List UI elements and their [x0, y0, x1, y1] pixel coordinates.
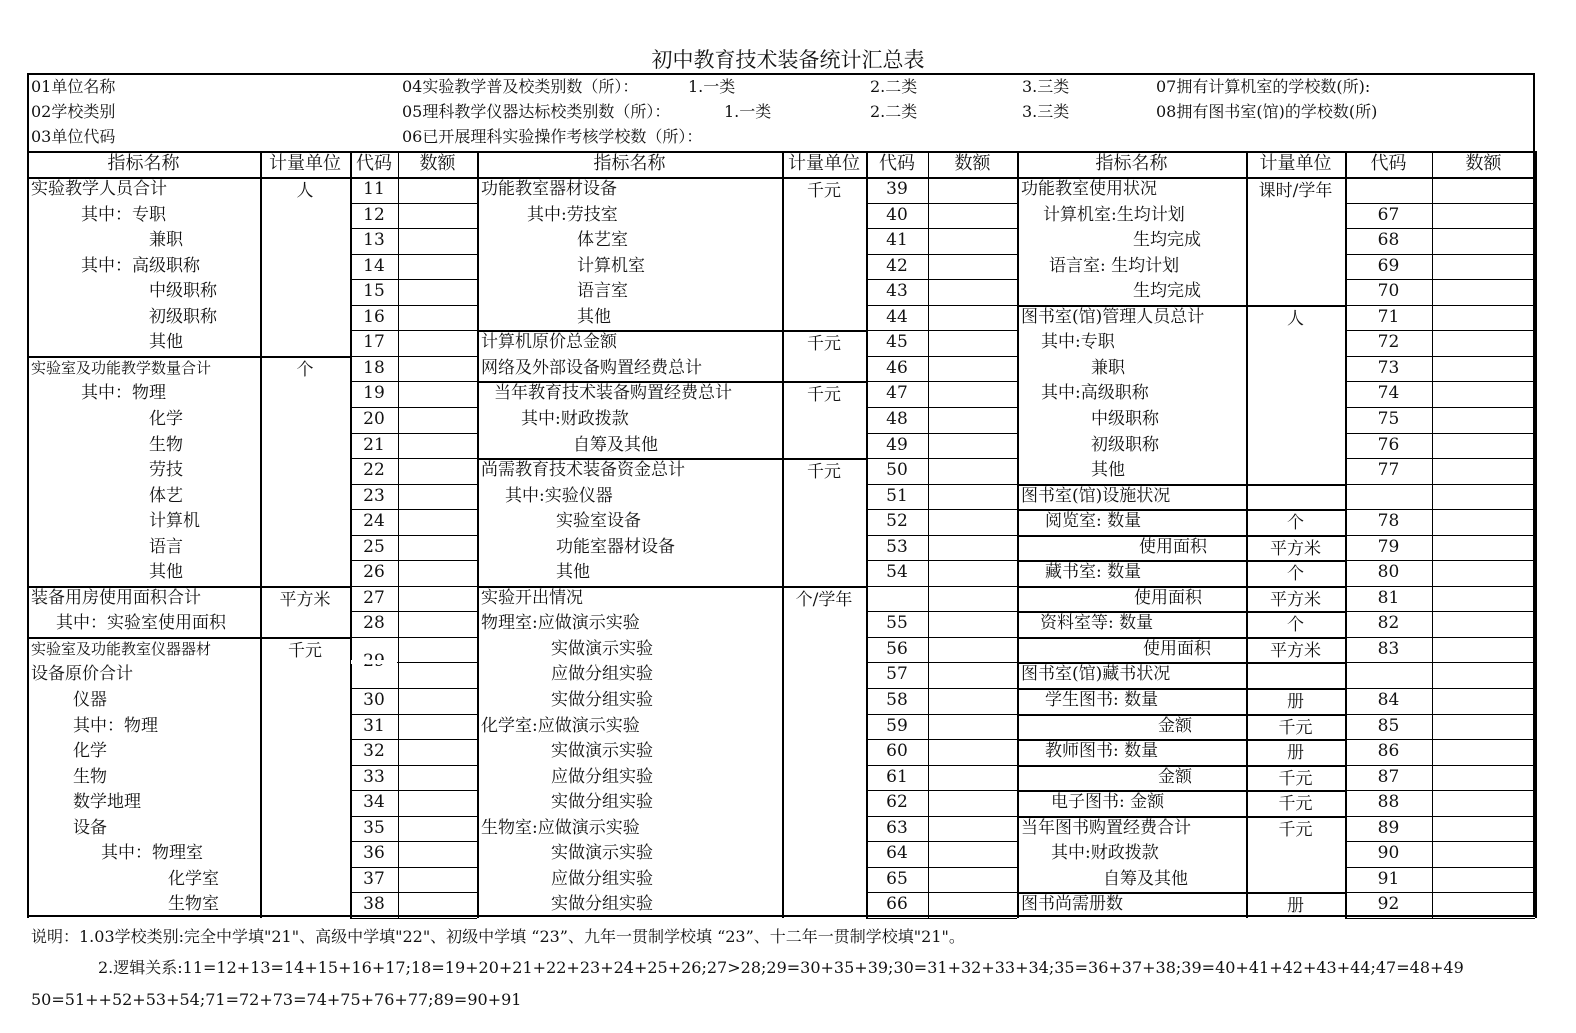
indicator-name: 其中：物理 — [73, 714, 158, 739]
indicator-name: 装备用房使用面积合计 — [31, 586, 201, 611]
indicator-name: 电子图书: 金额 — [1051, 790, 1164, 815]
indicator-code: 58 — [866, 688, 928, 713]
indicator-name: 计算机室:生均计划 — [1043, 203, 1185, 228]
indicator-name: 实做演示实验 — [551, 637, 653, 662]
indicator-code: 39 — [866, 177, 928, 202]
amount-input-cell[interactable] — [929, 229, 1016, 253]
amount-input-cell[interactable] — [399, 178, 476, 202]
indicator-name: 当年图书购置经费合计 — [1021, 816, 1191, 841]
indicator-name: 使用面积 — [1139, 535, 1207, 560]
section-rule — [1017, 790, 1345, 792]
indicator-name: 其中:专职 — [1041, 330, 1115, 355]
amount-input-cell[interactable] — [1433, 612, 1534, 636]
amount-input-cell[interactable] — [399, 408, 476, 432]
indicator-name: 功能教室使用状况 — [1021, 177, 1157, 202]
indicator-name: 化学室:应做演示实验 — [481, 714, 640, 739]
indicator-name: 语言室 — [577, 279, 628, 304]
section-rule — [1017, 739, 1345, 741]
column-rule — [1535, 151, 1537, 918]
header-name: 指标名称 — [1017, 151, 1246, 177]
header-unit: 计量单位 — [782, 151, 866, 177]
indicator-code: 38 — [350, 892, 398, 917]
indicator-code: 34 — [350, 790, 398, 815]
amount-input-cell[interactable] — [399, 485, 476, 509]
section-rule — [1017, 892, 1345, 894]
indicator-name: 劳技 — [149, 458, 183, 483]
merged-code-mask — [351, 660, 397, 664]
amount-input-cell[interactable] — [399, 204, 476, 228]
amount-input-cell[interactable] — [1433, 817, 1534, 841]
amount-input-cell[interactable] — [399, 229, 476, 253]
indicator-name: 体艺 — [149, 484, 183, 509]
indicator-name: 体艺室 — [577, 228, 628, 253]
amount-input-cell[interactable] — [929, 791, 1016, 815]
row-rule — [1345, 918, 1535, 919]
header-unit: 计量单位 — [1246, 151, 1345, 177]
indicator-code: 70 — [1345, 279, 1432, 304]
column-rule — [782, 151, 784, 918]
section-rule — [477, 458, 866, 460]
amount-input-cell[interactable] — [399, 663, 476, 687]
indicator-code: 91 — [1345, 867, 1432, 892]
unit-label: 平方米 — [260, 588, 350, 613]
amount-input-cell[interactable] — [1433, 408, 1534, 432]
indicator-name: 计算机 — [149, 509, 200, 534]
amount-input-cell[interactable] — [1433, 893, 1534, 917]
indicator-code: 54 — [866, 560, 928, 585]
section-rule — [1017, 484, 1345, 486]
header-amount: 数额 — [398, 151, 477, 177]
indicator-name: 金额 — [1158, 765, 1192, 790]
indicator-code: 57 — [866, 662, 928, 687]
amount-input-cell[interactable] — [1433, 434, 1534, 458]
indicator-name: 应做分组实验 — [551, 765, 653, 790]
indicator-name: 功能教室器材设备 — [481, 177, 617, 202]
indicator-name: 实做分组实验 — [551, 688, 653, 713]
row05-class3: 3.三类 — [1022, 99, 1069, 124]
indicator-name: 仪器 — [73, 688, 107, 713]
amount-input-cell[interactable] — [929, 561, 1016, 585]
indicator-name: 功能室器材设备 — [556, 535, 675, 560]
indicator-name: 实做演示实验 — [551, 841, 653, 866]
indicator-name: 初级职称 — [1091, 433, 1159, 458]
indicator-name: 兼职 — [149, 228, 183, 253]
header-name: 指标名称 — [27, 151, 260, 177]
amount-input-cell[interactable] — [399, 587, 476, 611]
amount-input-cell[interactable] — [399, 561, 476, 585]
indicator-name: 自筹及其他 — [573, 433, 658, 458]
indicator-code: 12 — [350, 203, 398, 228]
indicator-name: 中级职称 — [149, 279, 217, 304]
indicator-code: 18 — [350, 356, 398, 381]
amount-input-cell[interactable] — [399, 766, 476, 790]
amount-input-cell[interactable] — [929, 459, 1016, 483]
amount-input-cell[interactable] — [929, 766, 1016, 790]
indicator-code: 42 — [866, 254, 928, 279]
amount-input-cell[interactable] — [399, 280, 476, 304]
unit-label: 册 — [1246, 741, 1345, 766]
indicator-name: 生物 — [73, 765, 107, 790]
indicator-code: 85 — [1345, 714, 1432, 739]
indicator-name: 实验室及功能教学数量合计 — [31, 356, 211, 381]
section-rule — [27, 586, 350, 588]
amount-input-cell[interactable] — [1433, 357, 1534, 381]
note-line-3: 50=51++52+53+54;71=72+73=74+75+76+77;89=… — [31, 990, 521, 1010]
column-rule — [477, 151, 479, 918]
amount-input-cell[interactable] — [399, 638, 476, 662]
indicator-code: 60 — [866, 739, 928, 764]
unit-label: 千元 — [782, 179, 866, 204]
indicator-name: 其中:财政拨款 — [1051, 841, 1159, 866]
indicator-name: 化学室 — [168, 867, 219, 892]
amount-input-cell[interactable] — [929, 893, 1016, 917]
amount-input-cell[interactable] — [929, 612, 1016, 636]
amount-input-cell[interactable] — [929, 842, 1016, 866]
amount-input-cell[interactable] — [929, 663, 1016, 687]
header-amount: 数额 — [928, 151, 1017, 177]
indicator-code: 71 — [1345, 305, 1432, 330]
amount-input-cell[interactable] — [399, 510, 476, 534]
indicator-code: 56 — [866, 637, 928, 662]
section-rule — [477, 586, 866, 588]
unit-label: 千元 — [1246, 818, 1345, 843]
indicator-code: 67 — [1345, 203, 1432, 228]
indicator-code: 27 — [350, 586, 398, 611]
indicator-code: 40 — [866, 203, 928, 228]
unit-label: 册 — [1246, 690, 1345, 715]
amount-input-cell[interactable] — [1433, 178, 1534, 202]
amount-input-cell[interactable] — [929, 510, 1016, 534]
amount-input-cell[interactable] — [929, 485, 1016, 509]
section-rule — [1017, 560, 1345, 562]
amount-input-cell[interactable] — [1433, 331, 1534, 355]
unit-label: 人 — [260, 179, 350, 204]
amount-input-cell[interactable] — [399, 817, 476, 841]
amount-input-cell[interactable] — [1433, 459, 1534, 483]
amount-input-cell[interactable] — [929, 536, 1016, 560]
unit-label: 千元 — [782, 460, 866, 485]
unit-label: 个/学年 — [782, 588, 866, 613]
indicator-code: 14 — [350, 254, 398, 279]
indicator-name: 其中:劳技室 — [527, 203, 618, 228]
amount-input-cell[interactable] — [929, 638, 1016, 662]
row04-label: 04实验教学普及校类别数（所）： — [402, 74, 638, 99]
indicator-code: 19 — [350, 381, 398, 406]
indicator-name: 实做分组实验 — [551, 892, 653, 917]
indicator-name: 使用面积 — [1134, 586, 1202, 611]
indicator-code: 89 — [1345, 816, 1432, 841]
indicator-name: 实验开出情况 — [481, 586, 583, 611]
indicator-code: 31 — [350, 714, 398, 739]
indicator-code: 13 — [350, 228, 398, 253]
indicator-code: 25 — [350, 535, 398, 560]
indicator-name: 实验教学人员合计 — [31, 177, 167, 202]
page-title: 初中教育技术装备统计汇总表 — [0, 44, 1576, 74]
indicator-code: 81 — [1345, 586, 1432, 611]
amount-input-cell[interactable] — [399, 382, 476, 406]
indicator-code: 33 — [350, 765, 398, 790]
indicator-code: 80 — [1345, 560, 1432, 585]
row05-class2: 2.二类 — [870, 99, 917, 124]
amount-input-cell[interactable] — [1433, 587, 1534, 611]
amount-input-cell[interactable] — [1433, 561, 1534, 585]
indicator-name: 教师图书: 数量 — [1045, 739, 1158, 764]
unit-label: 平方米 — [1246, 639, 1345, 664]
unit-label: 千元 — [782, 383, 866, 408]
unit-label: 平方米 — [1246, 537, 1345, 562]
indicator-code: 69 — [1345, 254, 1432, 279]
amount-input-cell[interactable] — [929, 306, 1016, 330]
amount-input-cell[interactable] — [1433, 740, 1534, 764]
indicator-code: 17 — [350, 330, 398, 355]
indicator-name: 化学 — [149, 407, 183, 432]
indicator-code: 73 — [1345, 356, 1432, 381]
row04-class3: 3.三类 — [1022, 74, 1069, 99]
indicator-code: 48 — [866, 407, 928, 432]
indicator-code: 62 — [866, 790, 928, 815]
amount-input-cell[interactable] — [1433, 663, 1534, 687]
indicator-code: 51 — [866, 484, 928, 509]
indicator-code: 37 — [350, 867, 398, 892]
indicator-name: 生物室 — [168, 892, 219, 917]
indicator-name: 应做分组实验 — [551, 867, 653, 892]
amount-input-cell[interactable] — [399, 842, 476, 866]
indicator-code: 30 — [350, 688, 398, 713]
unit-label: 册 — [1246, 894, 1345, 919]
amount-input-cell[interactable] — [1433, 306, 1534, 330]
indicator-name: 数学地理 — [73, 790, 141, 815]
indicator-name: 中级职称 — [1091, 407, 1159, 432]
indicator-code: 26 — [350, 560, 398, 585]
indicator-code: 20 — [350, 407, 398, 432]
amount-input-cell[interactable] — [929, 204, 1016, 228]
amount-input-cell[interactable] — [399, 868, 476, 892]
amount-input-cell[interactable] — [399, 893, 476, 917]
indicator-name: 语言 — [149, 535, 183, 560]
indicator-code: 22 — [350, 458, 398, 483]
indicator-code: 65 — [866, 867, 928, 892]
indicator-name: 图书尚需册数 — [1021, 892, 1123, 917]
section-rule — [477, 381, 866, 383]
note-line-2: 2.逻辑关系:11=12+13=14+15+16+17;18=19+20+21+… — [98, 958, 1464, 978]
indicator-code: 55 — [866, 611, 928, 636]
amount-input-cell[interactable] — [929, 715, 1016, 739]
unit-name-label: 01单位名称 — [31, 74, 115, 99]
amount-input-cell[interactable] — [1433, 485, 1534, 509]
section-rule — [1017, 535, 1345, 537]
indicator-code: 11 — [350, 177, 398, 202]
indicator-name: 阅览室: 数量 — [1045, 509, 1141, 534]
indicator-code: 83 — [1345, 637, 1432, 662]
section-rule — [1017, 662, 1345, 664]
indicator-name: 其他 — [556, 560, 590, 585]
unit-label: 千元 — [782, 332, 866, 357]
indicator-name: 其中：高级职称 — [81, 254, 200, 279]
unit-label: 个 — [1246, 511, 1345, 536]
amount-input-cell[interactable] — [399, 434, 476, 458]
amount-input-cell[interactable] — [1433, 280, 1534, 304]
amount-input-cell[interactable] — [399, 740, 476, 764]
amount-input-cell[interactable] — [929, 408, 1016, 432]
indicator-name: 物理室:应做演示实验 — [481, 611, 640, 636]
header-name: 指标名称 — [477, 151, 782, 177]
indicator-code: 23 — [350, 484, 398, 509]
amount-input-cell[interactable] — [1433, 791, 1534, 815]
amount-input-cell[interactable] — [929, 357, 1016, 381]
amount-input-cell[interactable] — [1433, 255, 1534, 279]
section-rule — [1017, 611, 1345, 613]
row04-class2: 2.二类 — [870, 74, 917, 99]
row08-label: 08拥有图书室(馆)的学校数(所) — [1156, 99, 1377, 124]
amount-input-cell[interactable] — [1433, 382, 1534, 406]
section-rule — [1017, 637, 1345, 639]
indicator-name: 应做分组实验 — [551, 662, 653, 687]
indicator-name: 其他 — [1091, 458, 1125, 483]
column-rule — [260, 151, 262, 918]
indicator-name: 其中:实验仪器 — [505, 484, 613, 509]
amount-input-cell[interactable] — [1433, 510, 1534, 534]
amount-input-cell[interactable] — [399, 357, 476, 381]
amount-input-cell[interactable] — [399, 791, 476, 815]
indicator-code: 66 — [866, 892, 928, 917]
indicator-name: 其他 — [577, 305, 611, 330]
row04-class1: 1.一类 — [688, 74, 735, 99]
amount-input-cell[interactable] — [929, 817, 1016, 841]
amount-input-cell[interactable] — [929, 434, 1016, 458]
amount-input-cell[interactable] — [929, 689, 1016, 713]
indicator-code: 78 — [1345, 509, 1432, 534]
amount-input-cell[interactable] — [399, 612, 476, 636]
amount-input-cell[interactable] — [399, 715, 476, 739]
amount-input-cell[interactable] — [1433, 689, 1534, 713]
indicator-code: 75 — [1345, 407, 1432, 432]
section-rule — [1017, 765, 1345, 767]
indicator-name: 图书室(馆)管理人员总计 — [1021, 305, 1204, 330]
indicator-code: 36 — [350, 841, 398, 866]
indicator-name: 自筹及其他 — [1103, 867, 1188, 892]
indicator-code: 43 — [866, 279, 928, 304]
indicator-name: 生均完成 — [1133, 228, 1201, 253]
unit-label: 千元 — [260, 639, 350, 664]
indicator-code: 24 — [350, 509, 398, 534]
indicator-name: 生物室:应做演示实验 — [481, 816, 640, 841]
section-rule — [1017, 688, 1345, 690]
indicator-name: 资料室等: 数量 — [1040, 611, 1153, 636]
unit-label: 千元 — [1246, 792, 1345, 817]
amount-input-cell[interactable] — [1433, 638, 1534, 662]
school-type-label: 02学校类别 — [31, 99, 115, 124]
indicator-code: 15 — [350, 279, 398, 304]
indicator-code: 74 — [1345, 381, 1432, 406]
indicator-name: 其中:高级职称 — [1041, 381, 1149, 406]
amount-input-cell[interactable] — [399, 255, 476, 279]
row06-label: 06已开展理科实验操作考核学校数（所）： — [402, 124, 702, 149]
amount-input-cell[interactable] — [1433, 868, 1534, 892]
indicator-code: 82 — [1345, 611, 1432, 636]
row05-class1: 1.一类 — [724, 99, 771, 124]
section-rule — [1017, 305, 1345, 307]
amount-input-cell[interactable] — [399, 689, 476, 713]
amount-input-cell[interactable] — [1433, 204, 1534, 228]
amount-input-cell[interactable] — [1433, 715, 1534, 739]
amount-input-cell[interactable] — [399, 459, 476, 483]
unit-code-label: 03单位代码 — [31, 124, 115, 149]
indicator-code: 76 — [1345, 433, 1432, 458]
row-rule — [350, 918, 477, 919]
unit-label: 个 — [1246, 562, 1345, 587]
section-rule — [1017, 816, 1345, 818]
amount-input-cell[interactable] — [1433, 229, 1534, 253]
indicator-name: 学生图书: 数量 — [1045, 688, 1158, 713]
amount-input-cell[interactable] — [929, 740, 1016, 764]
indicator-code: 79 — [1345, 535, 1432, 560]
header-amount: 数额 — [1432, 151, 1535, 177]
amount-input-cell[interactable] — [929, 382, 1016, 406]
indicator-name: 网络及外部设备购置经费总计 — [481, 356, 702, 381]
amount-input-cell[interactable] — [399, 536, 476, 560]
column-rule — [27, 151, 29, 918]
amount-input-cell[interactable] — [929, 255, 1016, 279]
indicator-code: 28 — [350, 611, 398, 636]
indicator-name: 当年教育技术装备购置经费总计 — [494, 381, 732, 406]
amount-input-cell[interactable] — [929, 280, 1016, 304]
amount-input-cell[interactable] — [929, 587, 1016, 611]
indicator-name: 尚需教育技术装备资金总计 — [481, 458, 685, 483]
indicator-code: 68 — [1345, 228, 1432, 253]
indicator-code: 49 — [866, 433, 928, 458]
indicator-name: 计算机原价总金额 — [481, 330, 617, 355]
indicator-name: 兼职 — [1091, 356, 1125, 381]
indicator-name: 设备原价合计 — [31, 662, 133, 687]
indicator-code: 64 — [866, 841, 928, 866]
indicator-name: 使用面积 — [1143, 637, 1211, 662]
amount-input-cell[interactable] — [929, 178, 1016, 202]
amount-input-cell[interactable] — [929, 868, 1016, 892]
amount-input-cell[interactable] — [1433, 536, 1534, 560]
amount-input-cell[interactable] — [1433, 842, 1534, 866]
indicator-name: 设备 — [73, 816, 107, 841]
row07-label: 07拥有计算机室的学校数(所): — [1156, 74, 1370, 99]
section-rule — [1017, 714, 1345, 716]
indicator-name: 其中：专职 — [81, 203, 166, 228]
indicator-code: 16 — [350, 305, 398, 330]
amount-input-cell[interactable] — [399, 306, 476, 330]
unit-label: 平方米 — [1246, 588, 1345, 613]
indicator-code: 32 — [350, 739, 398, 764]
indicator-code: 84 — [1345, 688, 1432, 713]
row-rule — [866, 918, 1017, 919]
indicator-name: 其中：物理室 — [101, 841, 203, 866]
indicator-code: 63 — [866, 816, 928, 841]
amount-input-cell[interactable] — [399, 331, 476, 355]
indicator-code: 47 — [866, 381, 928, 406]
indicator-name: 化学 — [73, 739, 107, 764]
section-rule — [1017, 509, 1345, 511]
indicator-code: 50 — [866, 458, 928, 483]
indicator-code: 59 — [866, 714, 928, 739]
indicator-code: 88 — [1345, 790, 1432, 815]
indicator-name: 初级职称 — [149, 305, 217, 330]
unit-label: 个 — [1246, 613, 1345, 638]
header-unit: 计量单位 — [260, 151, 350, 177]
indicator-name: 藏书室: 数量 — [1045, 560, 1141, 585]
indicator-code: 92 — [1345, 892, 1432, 917]
indicator-name: 语言室: 生均计划 — [1049, 254, 1179, 279]
indicator-code: 61 — [866, 765, 928, 790]
amount-input-cell[interactable] — [1433, 766, 1534, 790]
amount-input-cell[interactable] — [929, 331, 1016, 355]
indicator-code: 46 — [866, 356, 928, 381]
